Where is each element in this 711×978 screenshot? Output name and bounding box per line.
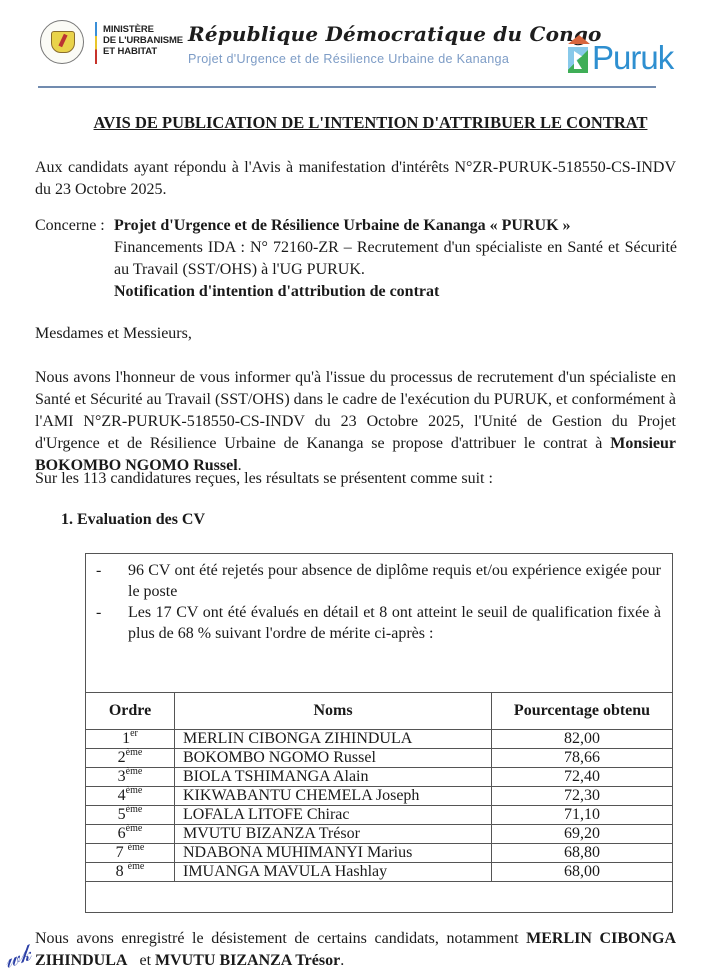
name-cell: LOFALA LITOFE Chirac (175, 806, 492, 825)
main-paragraph: Nous avons l'honneur de vous informer qu… (35, 367, 676, 477)
coat-of-arms-icon (51, 31, 75, 53)
score-cell: 82,00 (492, 730, 673, 749)
score-cell: 72,40 (492, 768, 673, 787)
initials-signature: 𝓌𝓀 (1, 941, 35, 974)
score-cell: 78,66 (492, 749, 673, 768)
ministry-name: MINISTÈRE DE L'URBANISME ET HABITAT (103, 24, 183, 57)
bullet-marker: - (96, 560, 101, 581)
name-cell: KIKWABANTU CHEMELA Joseph (175, 787, 492, 806)
header-ordre: Ordre (86, 693, 175, 730)
table-header-row: Ordre Noms Pourcentage obtenu (86, 693, 673, 730)
concerne-body: Projet d'Urgence et de Résilience Urbain… (114, 215, 677, 303)
flag-color-divider (95, 22, 97, 64)
score-cell: 68,80 (492, 844, 673, 863)
document-title: AVIS DE PUBLICATION DE L'INTENTION D'ATT… (44, 113, 697, 133)
rank-cell: 7 ème (86, 844, 175, 863)
rank-cell: 4ème (86, 787, 175, 806)
project-subtitle: Projet d'Urgence et de Résilience Urbain… (188, 52, 509, 66)
withdrawn-candidate-2: MVUTU BIZANZA Trésor (155, 952, 340, 969)
cv-evaluation-box: - 96 CV ont été rejetés pour absence de … (85, 553, 673, 913)
puruk-logo: Puruk (568, 35, 698, 81)
bullet-rejected: 96 CV ont été rejetés pour absence de di… (128, 560, 661, 602)
roof-icon (568, 35, 590, 44)
table-row: 6èmeMVUTU BIZANZA Trésor69,20 (86, 825, 673, 844)
rank-cell: 6ème (86, 825, 175, 844)
header-noms: Noms (175, 693, 492, 730)
name-cell: BOKOMBO NGOMO Russel (175, 749, 492, 768)
rank-cell: 2ème (86, 749, 175, 768)
bullet-evaluated: Les 17 CV ont été évalués en détail et 8… (128, 602, 661, 644)
bullet-marker: - (96, 602, 101, 623)
table-row: 2èmeBOKOMBO NGOMO Russel78,66 (86, 749, 673, 768)
concerne-subject: Notification d'intention d'attribution d… (114, 281, 677, 303)
results-intro: Sur les 113 candidatures reçues, les rés… (35, 468, 676, 490)
country-name: République Démocratique du Congo (188, 22, 602, 46)
score-cell: 69,20 (492, 825, 673, 844)
header-pourcentage: Pourcentage obtenu (492, 693, 673, 730)
results-table: Ordre Noms Pourcentage obtenu 1erMERLIN … (85, 692, 673, 882)
score-cell: 68,00 (492, 863, 673, 882)
score-cell: 71,10 (492, 806, 673, 825)
table-row: 1erMERLIN CIBONGA ZIHINDULA82,00 (86, 730, 673, 749)
name-cell: IMUANGA MAVULA Hashlay (175, 863, 492, 882)
header-divider (38, 86, 656, 88)
score-cell: 72,30 (492, 787, 673, 806)
rank-cell: 3ème (86, 768, 175, 787)
rank-cell: 8 ème (86, 863, 175, 882)
name-cell: NDABONA MUHIMANYI Marius (175, 844, 492, 863)
rank-cell: 1er (86, 730, 175, 749)
concerne-project: Projet d'Urgence et de Résilience Urbain… (114, 215, 677, 237)
name-cell: BIOLA TSHIMANGA Alain (175, 768, 492, 787)
salutation: Mesdames et Messieurs, (35, 323, 676, 345)
rank-cell: 5ème (86, 806, 175, 825)
concerne-financing: Financements IDA : N° 72160-ZR – Recrute… (114, 237, 677, 281)
house-mark-icon (568, 47, 588, 73)
intro-paragraph: Aux candidats ayant répondu à l'Avis à m… (35, 157, 676, 201)
concerne-label: Concerne : (35, 215, 105, 237)
name-cell: MVUTU BIZANZA Trésor (175, 825, 492, 844)
section-heading-cv-evaluation: 1. Evaluation des CV (61, 511, 205, 529)
name-cell: MERLIN CIBONGA ZIHINDULA (175, 730, 492, 749)
table-row: 4èmeKIKWABANTU CHEMELA Joseph72,30 (86, 787, 673, 806)
table-row: 8 èmeIMUANGA MAVULA Hashlay68,00 (86, 863, 673, 882)
table-row: 3èmeBIOLA TSHIMANGA Alain72,40 (86, 768, 673, 787)
withdrawal-paragraph: Nous avons enregistré le désistement de … (35, 928, 676, 972)
government-seal (40, 20, 84, 64)
table-row: 5èmeLOFALA LITOFE Chirac71,10 (86, 806, 673, 825)
table-row: 7 èmeNDABONA MUHIMANYI Marius68,80 (86, 844, 673, 863)
